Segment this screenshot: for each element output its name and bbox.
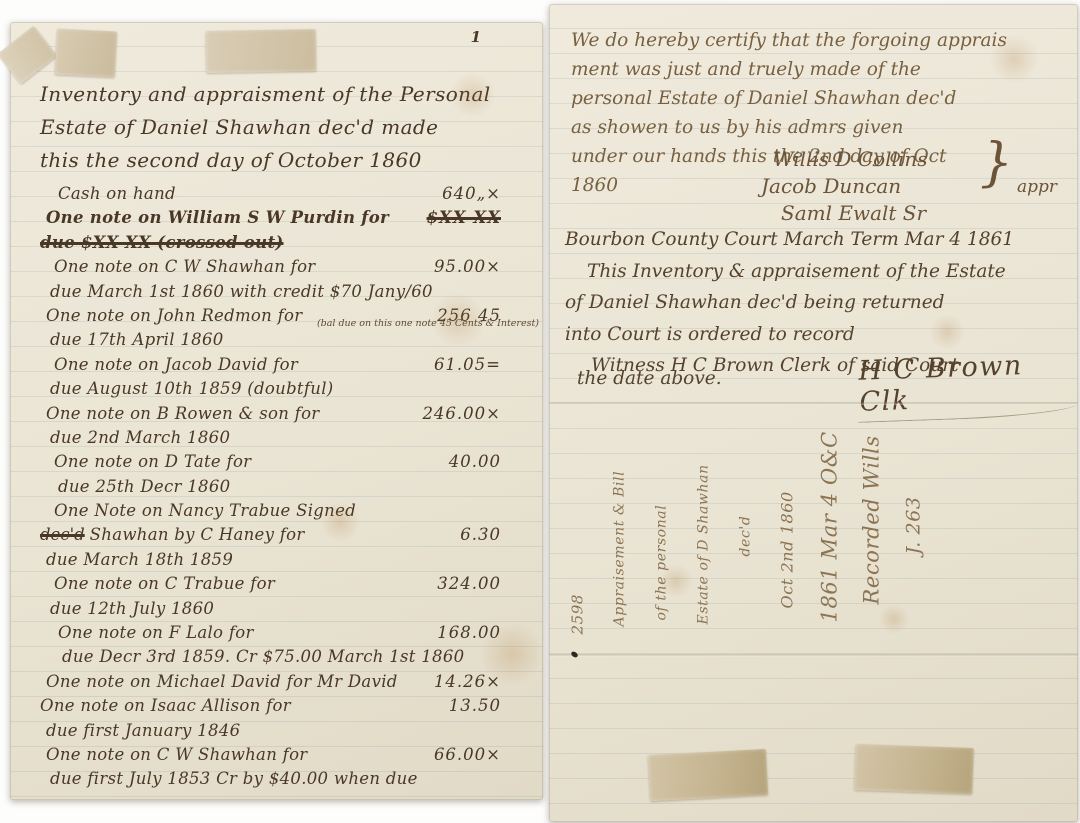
docket-line: J. 263	[893, 390, 935, 635]
entry-amount: $XX XX	[427, 206, 501, 230]
entry-text: due $XX XX (crossed out)	[40, 233, 284, 252]
certificate-line: personal Estate of Daniel Shawhan dec'd	[571, 84, 1007, 113]
docket-line: dec'd	[725, 390, 767, 635]
struck-word: dec'd	[40, 525, 85, 544]
inventory-entry: One note on Jacob David for61.05=	[40, 353, 531, 377]
entry-text: due 17th April 1860	[50, 330, 224, 349]
inventory-entry: One note on Isaac Allison for13.50	[40, 694, 531, 718]
entry-amount: 640„×	[442, 182, 501, 206]
certificate-line: as showen to us by his admrs given	[571, 113, 1007, 142]
inventory-entry: One Note on Nancy Trabue Signed	[40, 499, 531, 523]
inventory-entry: One note on C W Shawhan for66.00×	[40, 743, 531, 767]
heading-line: Inventory and appraisment of the Persona…	[40, 78, 491, 111]
inventory-heading: Inventory and appraisment of the Persona…	[40, 78, 491, 177]
entry-text: One note on Isaac Allison for	[40, 696, 291, 715]
docket-line: Estate of D Shawhan	[683, 390, 725, 635]
entry-amount: 6.30	[460, 523, 501, 547]
docket-line: Oct 2nd 1860	[767, 390, 809, 635]
left-page: 1 Inventory and appraisment of the Perso…	[10, 22, 543, 800]
entry-text: due first January 1846	[46, 721, 240, 740]
appraisers-brace: }	[980, 150, 1013, 177]
entry-text: due 25th Decr 1860	[58, 477, 230, 496]
heading-line: Estate of Daniel Shawhan dec'd made	[40, 111, 491, 144]
entry-amount: 324.00	[437, 572, 501, 596]
inventory-entry: One note on William S W Purdin for$XX XX	[40, 206, 531, 230]
stain	[480, 622, 544, 686]
inventory-entry: One note on C Trabue for324.00	[40, 572, 531, 596]
signature-name: Willis D Collins	[761, 146, 999, 173]
inventory-entry: due March 18th 1859	[40, 548, 531, 572]
stain	[989, 34, 1039, 84]
heading-line: this the second day of October 1860	[40, 144, 491, 177]
right-page: We do hereby certify that the forgoing a…	[549, 4, 1078, 822]
entry-amount: 40.00	[449, 450, 501, 474]
tape-strip	[648, 749, 768, 801]
inventory-entry: due first July 1853 Cr by $40.00 when du…	[40, 767, 531, 791]
entry-text: One note on John Redmon for	[46, 306, 302, 325]
docket-line: 2598	[557, 390, 599, 635]
tape-strip	[55, 28, 117, 77]
inventory-entry: One note on F Lalo for168.00	[40, 621, 531, 645]
entry-text: One note on B Rowen & son for	[46, 404, 320, 423]
page-number-mark: 1	[471, 28, 481, 46]
tape-strip	[0, 26, 57, 84]
entry-text: One note on William S W Purdin for	[46, 208, 389, 227]
entry-text: One note on Michael David for Mr David	[46, 672, 398, 691]
entry-text: One note on Jacob David for	[54, 355, 298, 374]
certificate-line: We do hereby certify that the forgoing a…	[571, 26, 1007, 55]
entry-text: due March 18th 1859	[46, 550, 233, 569]
docket-line: 1861 Mar 4 O&C	[809, 390, 851, 635]
entry-text: One note on D Tate for	[54, 452, 251, 471]
entry-text: due first July 1853 Cr by $40.00 when du…	[50, 769, 418, 788]
docket-line: Appraisement & Bill	[599, 390, 641, 635]
appraisers-label: appr	[1017, 174, 1057, 201]
inventory-entry: One note on B Rowen & son for246.00×	[40, 402, 531, 426]
scan-background: 1 Inventory and appraisment of the Perso…	[0, 0, 1080, 823]
inventory-entries: Cash on hand640„× One note on William S …	[40, 182, 531, 792]
signature-name: Saml Ewalt Sr	[761, 200, 999, 227]
entry-text: due 12th July 1860	[50, 599, 214, 618]
entry-text: due Decr 3rd 1859. Cr $75.00 March 1st 1…	[62, 647, 464, 666]
entry-text: due 2nd March 1860	[50, 428, 230, 447]
inventory-entry: One note on Michael David for Mr David14…	[40, 670, 531, 694]
entry-text: Shawhan by C Haney for	[90, 525, 305, 544]
court-record-line: Bourbon County Court March Term Mar 4 18…	[565, 224, 1014, 256]
docket-rotated-block: 2598 Appraisement & Bill of the personal…	[557, 390, 957, 635]
court-record-line: This Inventory & appraisement of the Est…	[565, 256, 1014, 288]
date-above-line: the date above.	[577, 368, 722, 389]
inventory-entry: due 2nd March 1860	[40, 426, 531, 450]
entry-amount: 246.00×	[422, 402, 501, 426]
entry-text: One note on C W Shawhan for	[46, 745, 308, 764]
entry-text: One note on C Trabue for	[54, 574, 275, 593]
appraiser-signatures: Willis D Collins Jacob Duncan Saml Ewalt…	[761, 146, 999, 227]
certificate-line: ment was just and truely made of the	[571, 55, 1007, 84]
docket-line: Recorded Wills	[851, 390, 893, 635]
inventory-entry: due Decr 3rd 1859. Cr $75.00 March 1st 1…	[40, 645, 531, 669]
inventory-entry: Cash on hand640„×	[40, 182, 531, 206]
tape-strip	[854, 744, 974, 794]
inventory-entry: due 25th Decr 1860	[40, 475, 531, 499]
inventory-entry: due first January 1846	[40, 719, 531, 743]
fold-crease	[549, 654, 1078, 657]
entry-text: due August 10th 1859 (doubtful)	[50, 379, 334, 398]
signature-name: Jacob Duncan	[761, 173, 999, 200]
stain	[450, 72, 496, 118]
signature-list: Willis D Collins Jacob Duncan Saml Ewalt…	[761, 146, 999, 227]
stain	[879, 604, 909, 634]
inventory-entry: dec'dShawhan by C Haney for6.30	[40, 523, 531, 547]
entry-text: One note on F Lalo for	[58, 623, 254, 642]
inventory-entry: due $XX XX (crossed out)	[40, 231, 531, 255]
entry-text: due March 1st 1860 with credit $70 Jany/…	[50, 282, 433, 301]
entry-amount: 61.05=	[434, 353, 501, 377]
entry-note: (bal due on this one note 45 Cents & Int…	[317, 318, 539, 329]
entry-text: One note on C W Shawhan for	[54, 257, 316, 276]
inventory-entry: due August 10th 1859 (doubtful)	[40, 377, 531, 401]
entry-text: Cash on hand	[58, 184, 176, 203]
stain	[929, 314, 965, 350]
entry-amount: 95.00×	[434, 255, 501, 279]
entry-amount: 66.00×	[434, 743, 501, 767]
inventory-entry: due 12th July 1860	[40, 597, 531, 621]
tape-strip	[206, 29, 317, 73]
entry-amount: 13.50	[449, 694, 501, 718]
stain	[320, 502, 360, 542]
entry-text: One Note on Nancy Trabue Signed	[54, 501, 356, 520]
stain	[659, 564, 693, 598]
inventory-entry: One note on D Tate for40.00	[40, 450, 531, 474]
inventory-entry: One note on C W Shawhan for95.00×	[40, 255, 531, 279]
